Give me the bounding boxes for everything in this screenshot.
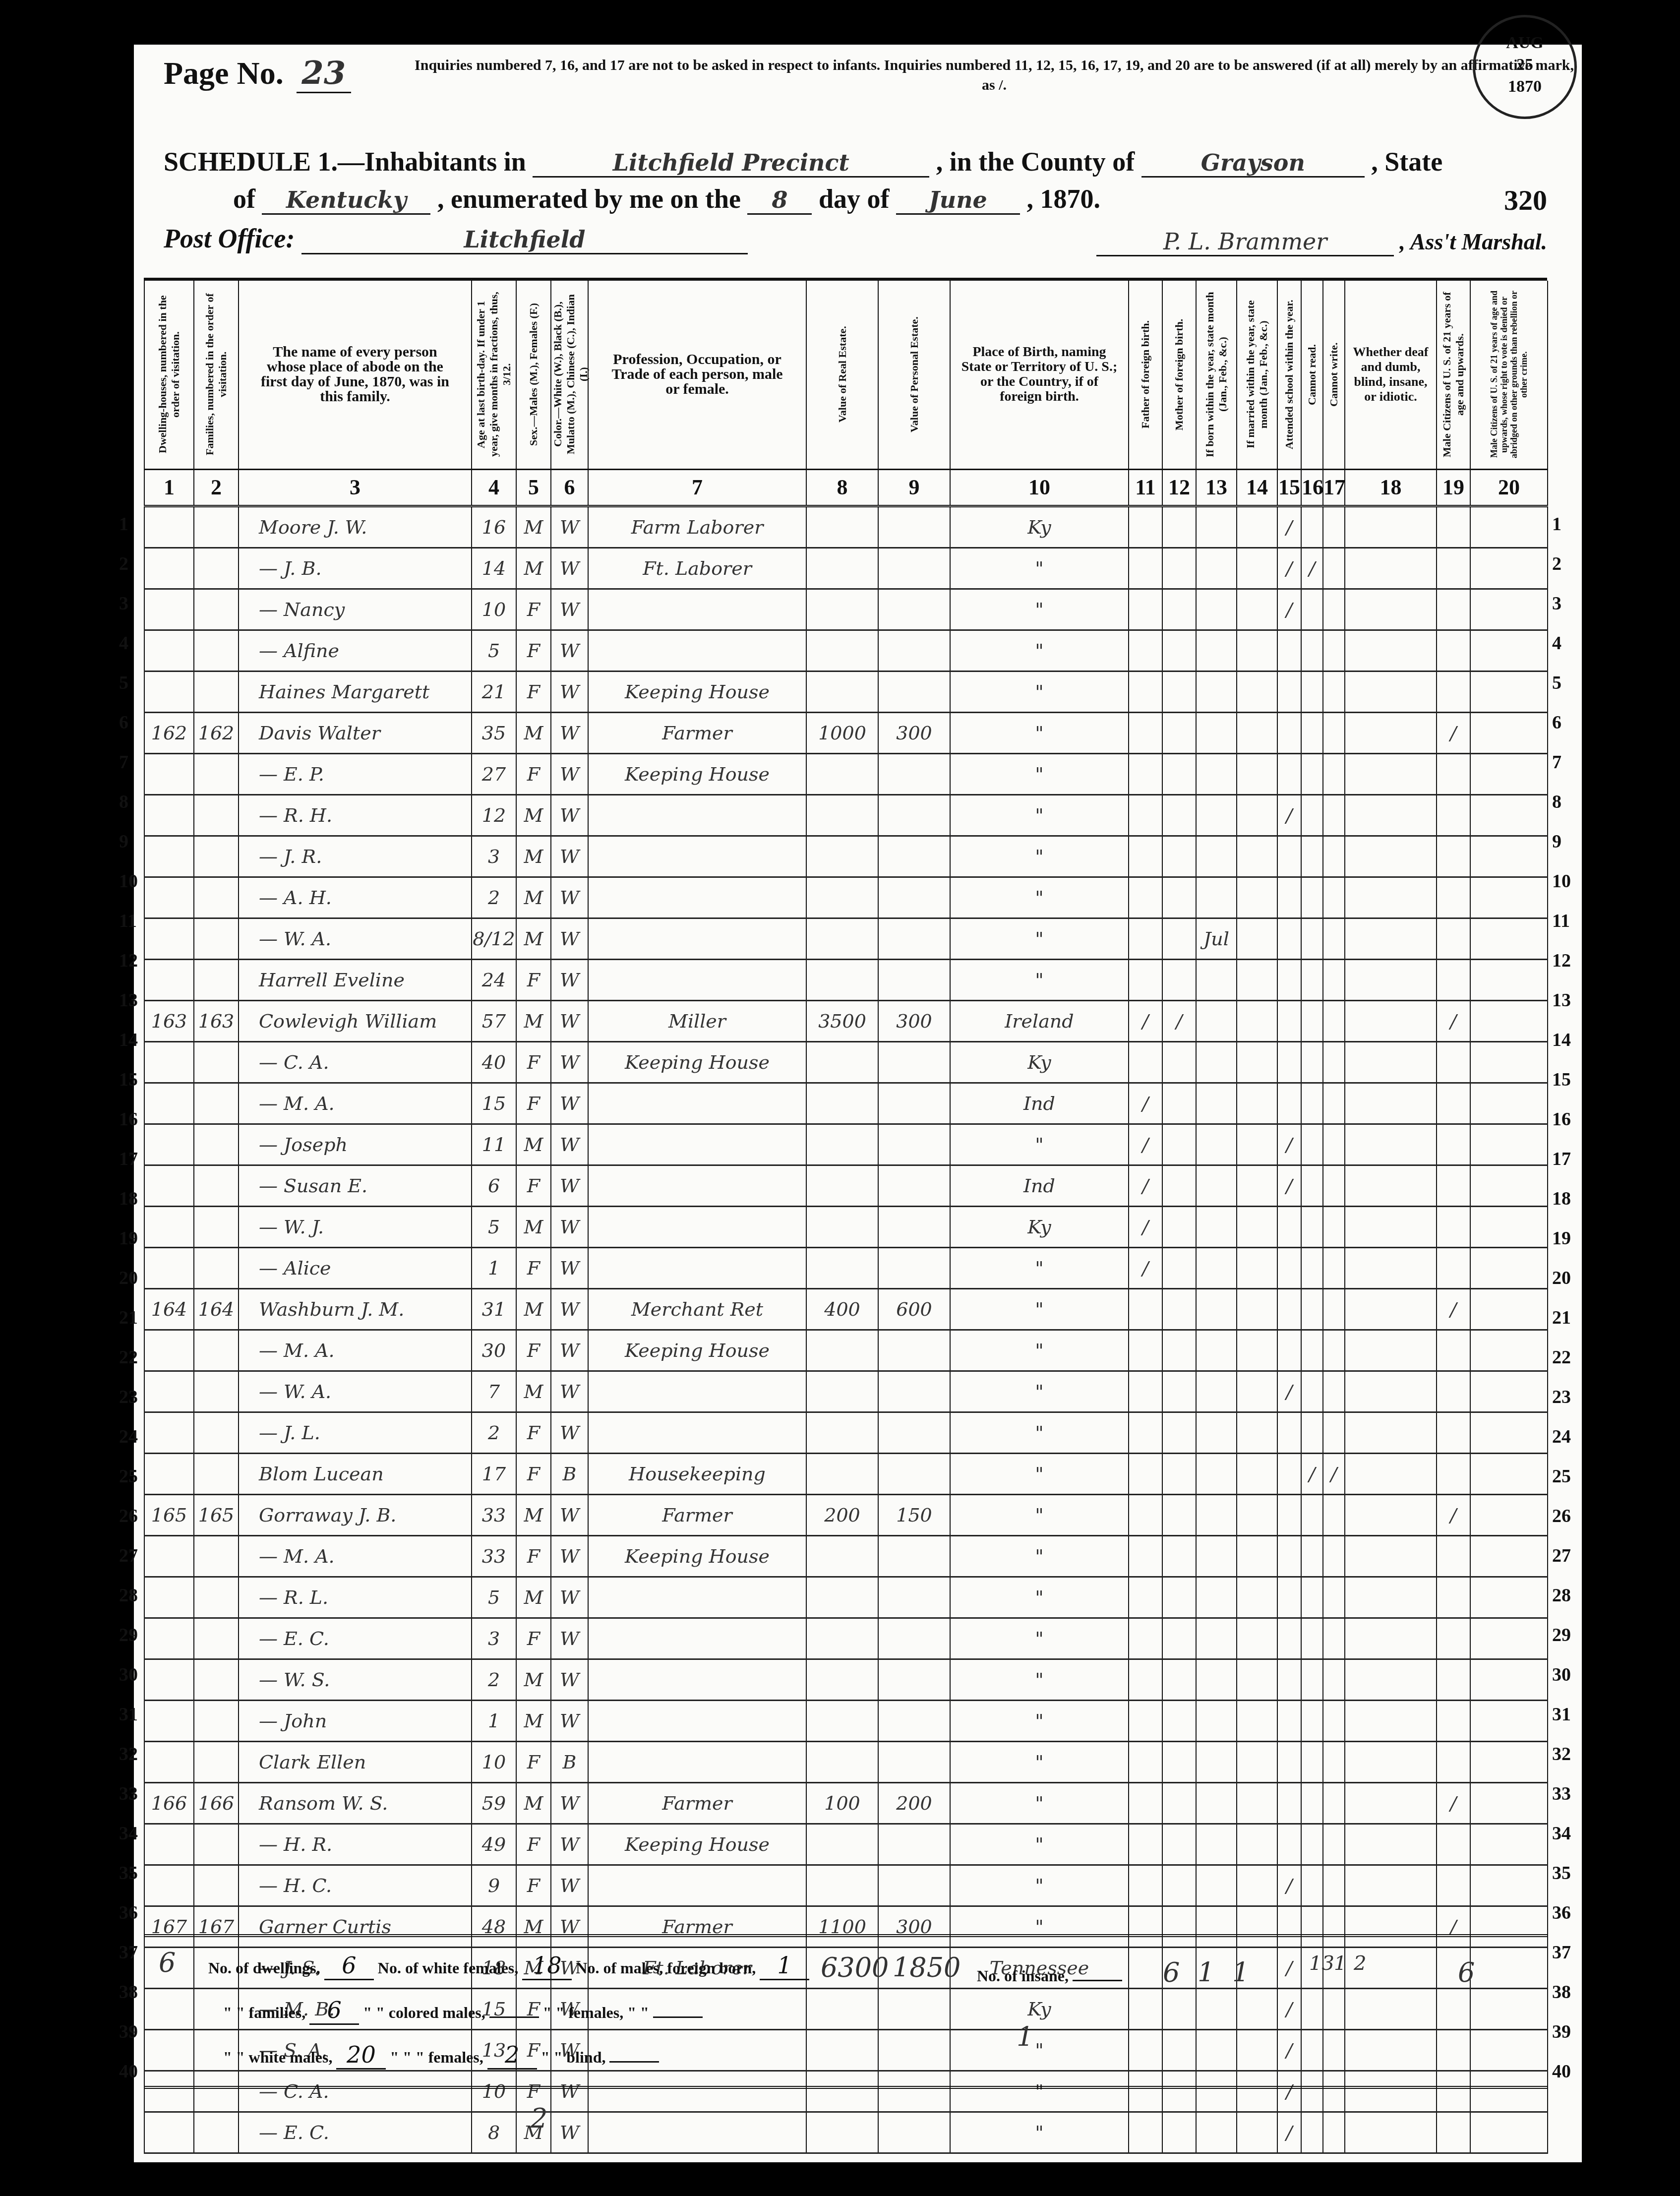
cell-name: Harrell Eveline bbox=[239, 959, 472, 1000]
table-row: — M. A.33FWKeeping House" bbox=[144, 1535, 1548, 1577]
cell-c19 bbox=[1437, 630, 1470, 671]
line-number: 4 bbox=[1552, 632, 1561, 654]
marshal-signature: P. L. Brammer bbox=[1096, 228, 1394, 256]
cell-c20 bbox=[1470, 671, 1548, 712]
cell-color: W bbox=[551, 548, 588, 589]
cell-c13 bbox=[1196, 1700, 1237, 1741]
cell-sex: M bbox=[516, 548, 551, 589]
cell-c15 bbox=[1277, 1494, 1301, 1535]
cell-c16 bbox=[1301, 918, 1323, 959]
cell-c19 bbox=[1437, 1453, 1470, 1494]
col-number-8: 8 bbox=[806, 469, 878, 506]
cell-sex: M bbox=[516, 918, 551, 959]
table-row: — E. C.8MW"/ bbox=[144, 2112, 1548, 2153]
stamp-month: AUG bbox=[1475, 32, 1574, 54]
cell-dwelling bbox=[144, 1371, 194, 1412]
cell-c16 bbox=[1301, 589, 1323, 630]
cell-sex: M bbox=[516, 1494, 551, 1535]
line-number: 13 bbox=[119, 989, 138, 1011]
cell-real bbox=[806, 1741, 878, 1782]
cell-c13 bbox=[1196, 1371, 1237, 1412]
cell-family bbox=[194, 877, 239, 918]
table-row: — E. C.3FW" bbox=[144, 1618, 1548, 1659]
cell-c19 bbox=[1437, 959, 1470, 1000]
cell-personal bbox=[878, 1124, 950, 1165]
cell-c17 bbox=[1323, 959, 1345, 1000]
cell-c18 bbox=[1345, 1371, 1437, 1412]
cell-family bbox=[194, 1247, 239, 1288]
cell-sex: F bbox=[516, 753, 551, 794]
cell-sex: M bbox=[516, 1577, 551, 1618]
cell-family bbox=[194, 918, 239, 959]
cell-c12 bbox=[1162, 1412, 1196, 1453]
cell-c17 bbox=[1323, 1124, 1345, 1165]
cell-real bbox=[806, 589, 878, 630]
table-row: — Joseph11MW"// bbox=[144, 1124, 1548, 1165]
line-number: 19 bbox=[119, 1227, 138, 1249]
table-row: — J. L.2FW" bbox=[144, 1412, 1548, 1453]
cell-dwelling bbox=[144, 630, 194, 671]
state-label: , State bbox=[1371, 147, 1442, 177]
cell-c20 bbox=[1470, 1741, 1548, 1782]
cell-c11 bbox=[1129, 794, 1162, 836]
table-row: — M. A.15FWInd/ bbox=[144, 1083, 1548, 1124]
cell-c15 bbox=[1277, 1659, 1301, 1700]
cell-birth: " bbox=[950, 1865, 1129, 1906]
cell-c11 bbox=[1129, 1288, 1162, 1330]
cell-c19: / bbox=[1437, 712, 1470, 753]
cell-c15 bbox=[1277, 1330, 1301, 1371]
line-number: 3 bbox=[1552, 593, 1561, 614]
marshal-line: P. L. Brammer , Ass't Marshal. bbox=[1096, 228, 1547, 256]
cell-c13 bbox=[1196, 1782, 1237, 1824]
cell-personal bbox=[878, 589, 950, 630]
cell-occupation bbox=[588, 1659, 806, 1700]
line-number: 9 bbox=[119, 831, 128, 853]
cell-c16 bbox=[1301, 1741, 1323, 1782]
cell-c18 bbox=[1345, 877, 1437, 918]
line-number: 30 bbox=[119, 1664, 138, 1686]
cell-real bbox=[806, 1577, 878, 1618]
county-field: Grayson bbox=[1141, 149, 1365, 178]
cell-c11 bbox=[1129, 1412, 1162, 1453]
cell-c20 bbox=[1470, 2112, 1548, 2153]
line-number: 3 bbox=[119, 593, 128, 614]
cell-real bbox=[806, 1041, 878, 1083]
cell-dwelling: 165 bbox=[144, 1494, 194, 1535]
cell-c16 bbox=[1301, 794, 1323, 836]
cell-real bbox=[806, 794, 878, 836]
cell-family bbox=[194, 1330, 239, 1371]
table-row: Moore J. W.16MWFarm LaborerKy/ bbox=[144, 506, 1548, 548]
cell-real bbox=[806, 1659, 878, 1700]
cell-c14 bbox=[1237, 1371, 1277, 1412]
cell-c18 bbox=[1345, 918, 1437, 959]
cell-name: — Nancy bbox=[239, 589, 472, 630]
cell-c14 bbox=[1237, 1782, 1277, 1824]
page-number: Page No. 23 bbox=[164, 55, 351, 93]
cell-name: — J. B. bbox=[239, 548, 472, 589]
cell-occupation: Farm Laborer bbox=[588, 506, 806, 548]
cell-age: 40 bbox=[472, 1041, 516, 1083]
cell-c17 bbox=[1323, 877, 1345, 918]
cell-age: 15 bbox=[472, 1083, 516, 1124]
line-number: 39 bbox=[1552, 2021, 1571, 2043]
cell-dwelling bbox=[144, 1618, 194, 1659]
cell-c14 bbox=[1237, 1741, 1277, 1782]
cell-name: — E. P. bbox=[239, 753, 472, 794]
cell-c16 bbox=[1301, 1041, 1323, 1083]
line-number: 33 bbox=[119, 1783, 138, 1805]
cell-c14 bbox=[1237, 1494, 1277, 1535]
cell-birth: " bbox=[950, 548, 1129, 589]
cell-c15 bbox=[1277, 1247, 1301, 1288]
cell-occupation bbox=[588, 1124, 806, 1165]
cell-birth: " bbox=[950, 959, 1129, 1000]
cell-sex: F bbox=[516, 1618, 551, 1659]
cell-c15 bbox=[1277, 1453, 1301, 1494]
cell-sex: F bbox=[516, 959, 551, 1000]
cell-name: — Alfine bbox=[239, 630, 472, 671]
cell-real bbox=[806, 1330, 878, 1371]
cell-personal: 300 bbox=[878, 712, 950, 753]
line-number: 12 bbox=[1552, 950, 1571, 972]
colored-males-count bbox=[489, 2016, 539, 2018]
cell-occupation: Keeping House bbox=[588, 1535, 806, 1577]
personal-estate-total: 1850 bbox=[893, 1952, 960, 1983]
cell-real bbox=[806, 548, 878, 589]
cell-c12 bbox=[1162, 548, 1196, 589]
cell-name: — R. H. bbox=[239, 794, 472, 836]
cell-family bbox=[194, 1618, 239, 1659]
cell-family bbox=[194, 2112, 239, 2153]
cell-family bbox=[194, 589, 239, 630]
cell-occupation: Farmer bbox=[588, 1782, 806, 1824]
cell-c11 bbox=[1129, 877, 1162, 918]
cell-real bbox=[806, 1206, 878, 1247]
cell-c17 bbox=[1323, 506, 1345, 548]
cell-c19 bbox=[1437, 877, 1470, 918]
cell-c13 bbox=[1196, 671, 1237, 712]
cell-dwelling bbox=[144, 1700, 194, 1741]
cell-c13 bbox=[1196, 1330, 1237, 1371]
cell-c20 bbox=[1470, 959, 1548, 1000]
cell-occupation: Keeping House bbox=[588, 1041, 806, 1083]
line-number: 28 bbox=[119, 1585, 138, 1606]
cell-c11 bbox=[1129, 918, 1162, 959]
dwellings-count: 6 bbox=[324, 1952, 374, 1980]
cell-dwelling bbox=[144, 753, 194, 794]
cell-c11 bbox=[1129, 1453, 1162, 1494]
cell-dwelling bbox=[144, 671, 194, 712]
cell-family bbox=[194, 753, 239, 794]
col-number-15: 15 bbox=[1277, 469, 1301, 506]
cell-age: 8 bbox=[472, 2112, 516, 2153]
cell-c19 bbox=[1437, 1618, 1470, 1659]
cell-c14 bbox=[1237, 589, 1277, 630]
cell-real bbox=[806, 836, 878, 877]
cell-real bbox=[806, 753, 878, 794]
cell-c11 bbox=[1129, 1782, 1162, 1824]
cell-sex: F bbox=[516, 1041, 551, 1083]
cell-c17 bbox=[1323, 1000, 1345, 1041]
marshal-label: , Ass't Marshal. bbox=[1400, 229, 1547, 254]
table-row: 163163Cowlevigh William57MWMiller3500300… bbox=[144, 1000, 1548, 1041]
cell-name: — M. A. bbox=[239, 1535, 472, 1577]
cell-c18 bbox=[1345, 1700, 1437, 1741]
cell-dwelling bbox=[144, 1165, 194, 1206]
cell-c13 bbox=[1196, 1453, 1237, 1494]
cell-c16 bbox=[1301, 1165, 1323, 1206]
cell-name: Washburn J. M. bbox=[239, 1288, 472, 1330]
cell-c12 bbox=[1162, 1782, 1196, 1824]
cell-c15 bbox=[1277, 712, 1301, 753]
cell-dwelling bbox=[144, 2112, 194, 2153]
cell-c16 bbox=[1301, 1577, 1323, 1618]
cell-c17 bbox=[1323, 1741, 1345, 1782]
line-number: 8 bbox=[1552, 791, 1561, 813]
cell-c16 bbox=[1301, 1247, 1323, 1288]
cell-c12 bbox=[1162, 1741, 1196, 1782]
cell-personal: 300 bbox=[878, 1000, 950, 1041]
cell-c11 bbox=[1129, 671, 1162, 712]
table-row: — C. A.40FWKeeping HouseKy bbox=[144, 1041, 1548, 1083]
cell-c18 bbox=[1345, 959, 1437, 1000]
line-number: 18 bbox=[119, 1188, 138, 1210]
cell-name: Ransom W. S. bbox=[239, 1782, 472, 1824]
cell-sex: M bbox=[516, 877, 551, 918]
cell-name: Blom Lucean bbox=[239, 1453, 472, 1494]
cell-c20 bbox=[1470, 1494, 1548, 1535]
cell-dwelling bbox=[144, 1865, 194, 1906]
cell-c14 bbox=[1237, 1865, 1277, 1906]
census-page: Page No. 23 Inquiries numbered 7, 16, an… bbox=[134, 45, 1582, 2162]
cell-c14 bbox=[1237, 1453, 1277, 1494]
cell-birth: " bbox=[950, 794, 1129, 836]
cell-c14 bbox=[1237, 1000, 1277, 1041]
cell-c11: / bbox=[1129, 1247, 1162, 1288]
cell-c15: / bbox=[1277, 1371, 1301, 1412]
cell-family: 162 bbox=[194, 712, 239, 753]
col-header-12: Mother of foreign birth. bbox=[1162, 281, 1196, 469]
cell-age: 2 bbox=[472, 1412, 516, 1453]
cell-c19 bbox=[1437, 1659, 1470, 1700]
line-number: 17 bbox=[1552, 1148, 1571, 1170]
cell-birth: " bbox=[950, 1453, 1129, 1494]
line-number: 19 bbox=[1552, 1227, 1571, 1249]
table-row: 165165Gorraway J. B.33MWFarmer200150"/ bbox=[144, 1494, 1548, 1535]
cell-c20 bbox=[1470, 1618, 1548, 1659]
cell-personal bbox=[878, 1577, 950, 1618]
cell-dwelling bbox=[144, 794, 194, 836]
cell-c20 bbox=[1470, 589, 1548, 630]
cell-color: W bbox=[551, 2112, 588, 2153]
line-number: 5 bbox=[119, 672, 128, 694]
table-row: — R. L.5MW" bbox=[144, 1577, 1548, 1618]
cell-birth: " bbox=[950, 1700, 1129, 1741]
col-header-1: Dwelling-houses, numbered in the order o… bbox=[144, 281, 194, 469]
cell-color: B bbox=[551, 1453, 588, 1494]
cell-age: 9 bbox=[472, 1865, 516, 1906]
cell-age: 3 bbox=[472, 1618, 516, 1659]
cell-real bbox=[806, 1165, 878, 1206]
table-row: — R. H.12MW"/ bbox=[144, 794, 1548, 836]
cell-birth: Ky bbox=[950, 506, 1129, 548]
cell-personal bbox=[878, 1165, 950, 1206]
line-number: 26 bbox=[119, 1505, 138, 1527]
cell-c14 bbox=[1237, 1535, 1277, 1577]
cell-c13 bbox=[1196, 1577, 1237, 1618]
cell-family bbox=[194, 506, 239, 548]
cell-c13 bbox=[1196, 1618, 1237, 1659]
table-row: — E. P.27FWKeeping House" bbox=[144, 753, 1548, 794]
day-of-label: day of bbox=[819, 184, 890, 214]
cell-c12 bbox=[1162, 671, 1196, 712]
cell-dwelling: 163 bbox=[144, 1000, 194, 1041]
cell-c19 bbox=[1437, 1083, 1470, 1124]
cell-age: 57 bbox=[472, 1000, 516, 1041]
line-number: 21 bbox=[119, 1307, 138, 1329]
cell-occupation: Merchant Ret bbox=[588, 1288, 806, 1330]
cell-color: W bbox=[551, 1371, 588, 1412]
cell-c19 bbox=[1437, 1124, 1470, 1165]
foreign-females-count bbox=[653, 2016, 703, 2018]
cell-occupation bbox=[588, 836, 806, 877]
cell-sex: M bbox=[516, 1782, 551, 1824]
col-header-13: If born within the year, state month (Ja… bbox=[1196, 281, 1237, 469]
col-header-19: Male Citizens of U. S. of 21 years of ag… bbox=[1437, 281, 1470, 469]
cell-personal bbox=[878, 1824, 950, 1865]
cell-c14 bbox=[1237, 712, 1277, 753]
cell-dwelling bbox=[144, 1041, 194, 1083]
cell-name: — W. A. bbox=[239, 1371, 472, 1412]
line-number: 32 bbox=[119, 1743, 138, 1765]
colored-females-count: 2 bbox=[487, 2041, 537, 2070]
cell-occupation bbox=[588, 959, 806, 1000]
cell-c20 bbox=[1470, 877, 1548, 918]
col-number-9: 9 bbox=[878, 469, 950, 506]
cell-c12 bbox=[1162, 1494, 1196, 1535]
cell-c17: / bbox=[1323, 1453, 1345, 1494]
real-estate-total: 6300 bbox=[821, 1952, 889, 1983]
cell-age: 33 bbox=[472, 1535, 516, 1577]
cell-c17 bbox=[1323, 1865, 1345, 1906]
cell-age: 14 bbox=[472, 548, 516, 589]
cell-personal: 600 bbox=[878, 1288, 950, 1330]
cell-sex: M bbox=[516, 506, 551, 548]
cell-c17 bbox=[1323, 548, 1345, 589]
cell-c12 bbox=[1162, 1288, 1196, 1330]
cell-c17 bbox=[1323, 794, 1345, 836]
cell-c12 bbox=[1162, 1824, 1196, 1865]
line-number: 38 bbox=[119, 1981, 138, 2003]
cell-occupation bbox=[588, 877, 806, 918]
cell-c14 bbox=[1237, 506, 1277, 548]
of-label: of bbox=[233, 184, 255, 214]
cell-age: 59 bbox=[472, 1782, 516, 1824]
cell-c16 bbox=[1301, 1865, 1323, 1906]
cell-c15 bbox=[1277, 1741, 1301, 1782]
cell-c16 bbox=[1301, 1618, 1323, 1659]
cell-name: — Alice bbox=[239, 1247, 472, 1288]
total-col1: 6 bbox=[159, 1947, 176, 1978]
cell-c17 bbox=[1323, 1330, 1345, 1371]
cell-c11 bbox=[1129, 753, 1162, 794]
cell-real bbox=[806, 959, 878, 1000]
cell-c11: / bbox=[1129, 1165, 1162, 1206]
line-number: 36 bbox=[119, 1902, 138, 1924]
cell-c15 bbox=[1277, 1412, 1301, 1453]
cell-real: 100 bbox=[806, 1782, 878, 1824]
col-header-18: Whether deaf and dumb, blind, insane, or… bbox=[1345, 281, 1437, 469]
cell-c19 bbox=[1437, 1577, 1470, 1618]
cell-family bbox=[194, 1124, 239, 1165]
county-label: , in the County of bbox=[936, 147, 1135, 177]
bottom-mark: 2 bbox=[531, 2103, 547, 2134]
cell-c16 bbox=[1301, 836, 1323, 877]
cell-dwelling bbox=[144, 1453, 194, 1494]
cell-c16: / bbox=[1301, 1453, 1323, 1494]
cell-family bbox=[194, 1371, 239, 1412]
cell-color: W bbox=[551, 506, 588, 548]
cell-sex: M bbox=[516, 1659, 551, 1700]
cell-c13: Jul bbox=[1196, 918, 1237, 959]
cell-c17 bbox=[1323, 918, 1345, 959]
col-number-11: 11 bbox=[1129, 469, 1162, 506]
families-count: 6 bbox=[309, 1997, 359, 2025]
cell-color: W bbox=[551, 918, 588, 959]
col-header-8: Value of Real Estate. bbox=[806, 281, 878, 469]
cell-c15 bbox=[1277, 1000, 1301, 1041]
cell-c20 bbox=[1470, 1865, 1548, 1906]
cell-name: — Susan E. bbox=[239, 1165, 472, 1206]
cell-c12 bbox=[1162, 589, 1196, 630]
cell-sex: F bbox=[516, 1865, 551, 1906]
cell-family bbox=[194, 836, 239, 877]
stamp-day: 25 bbox=[1475, 54, 1574, 76]
cell-c15: / bbox=[1277, 1165, 1301, 1206]
cell-c16 bbox=[1301, 959, 1323, 1000]
cell-c19: / bbox=[1437, 1494, 1470, 1535]
line-number: 2 bbox=[1552, 553, 1561, 575]
cell-sex: M bbox=[516, 1000, 551, 1041]
cell-c13 bbox=[1196, 2112, 1237, 2153]
cell-sex: M bbox=[516, 1124, 551, 1165]
cell-c19 bbox=[1437, 589, 1470, 630]
cell-name: — E. C. bbox=[239, 2112, 472, 2153]
received-stamp: AUG 25 1870 bbox=[1473, 15, 1577, 119]
summary-row-2: " " families, 6 " " colored males, " " f… bbox=[223, 1997, 703, 2025]
cell-name: Cowlevigh William bbox=[239, 1000, 472, 1041]
cell-c16 bbox=[1301, 1288, 1323, 1330]
cell-c16 bbox=[1301, 1330, 1323, 1371]
cell-c11 bbox=[1129, 1041, 1162, 1083]
cell-dwelling bbox=[144, 1412, 194, 1453]
cell-c19: / bbox=[1437, 1288, 1470, 1330]
col-header-4: Age at last birth-day. If under 1 year, … bbox=[472, 281, 516, 469]
cell-c14 bbox=[1237, 1824, 1277, 1865]
table-row: — W. J.5MWKy/ bbox=[144, 1206, 1548, 1247]
cell-c13 bbox=[1196, 1041, 1237, 1083]
cell-personal bbox=[878, 548, 950, 589]
cell-family bbox=[194, 1412, 239, 1453]
cell-sex: F bbox=[516, 1247, 551, 1288]
cell-c12 bbox=[1162, 1041, 1196, 1083]
cell-c11 bbox=[1129, 1659, 1162, 1700]
cell-c14 bbox=[1237, 1124, 1277, 1165]
cell-c18 bbox=[1345, 506, 1437, 548]
cell-c19 bbox=[1437, 794, 1470, 836]
